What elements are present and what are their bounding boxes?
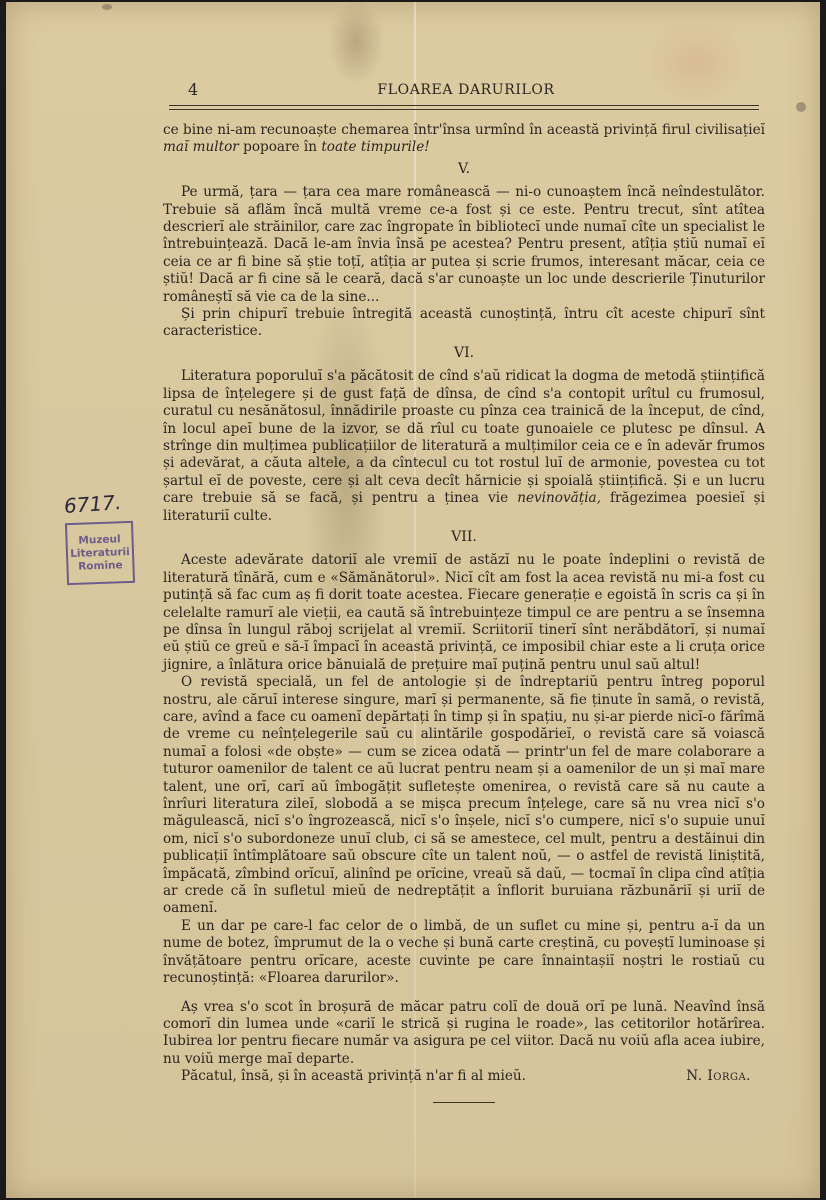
paragraph: O revistă specială, un fel de antologie … <box>163 674 765 918</box>
italic-text: nevinovăția, <box>517 490 601 506</box>
text-run: ce bine ni-am recunoaște chemarea într'î… <box>163 122 691 138</box>
page-header: 4 FLOAREA DARURILOR <box>166 80 766 100</box>
end-rule <box>433 1102 495 1104</box>
museum-stamp: Muzeul Literaturii Romîne <box>65 521 135 585</box>
paper-stain <box>102 4 112 10</box>
paragraph: Și prin chipurĭ trebuie întregită aceast… <box>163 306 765 341</box>
closing-paragraph: Aș vrea s'o scot în broșură de măcar pat… <box>163 999 765 1069</box>
section-heading-vii: VII. <box>163 529 765 546</box>
opening-paragraph: ce bine ni-am recunoaște chemarea într'î… <box>163 122 765 157</box>
italic-text: maĭ multor <box>163 139 239 155</box>
inventory-number: 6717. <box>63 490 122 518</box>
paper-stain <box>796 102 806 112</box>
paragraph-gap <box>163 988 765 999</box>
header-double-rule <box>169 105 759 110</box>
text-run: civilisațieĭ <box>695 122 765 138</box>
italic-text: toate timpurile! <box>321 139 429 155</box>
article-body: ce bine ni-am recunoaște chemarea într'î… <box>163 122 765 1104</box>
running-title: FLOAREA DARURILOR <box>166 82 766 98</box>
paragraph: Aceste adevărate datoriĭ ale vremiĭ de a… <box>163 552 765 674</box>
paragraph: E un dar pe care-l fac celor de o limbă,… <box>163 918 765 988</box>
section-heading-vi: VI. <box>163 345 765 362</box>
paragraph: Literatura poporuluĭ s'a păcătosit de cî… <box>163 368 765 525</box>
paragraph: Pe urmă, țara — țara cea mare românească… <box>163 184 765 306</box>
scanned-page: 4 FLOAREA DARURILOR 6717. Muzeul Literat… <box>6 2 820 1198</box>
section-heading-v: V. <box>163 161 765 178</box>
text-run: Literatura poporuluĭ s'a păcătosit de cî… <box>163 368 765 506</box>
author-signature: N. Iorga. <box>686 1068 751 1085</box>
text-run: popoare în <box>239 139 322 155</box>
stamp-line: Romîne <box>68 558 132 573</box>
text-run: Păcatul, însă, și în această privință n'… <box>181 1068 526 1084</box>
closing-line: Păcatul, însă, și în această privință n'… <box>163 1068 765 1085</box>
